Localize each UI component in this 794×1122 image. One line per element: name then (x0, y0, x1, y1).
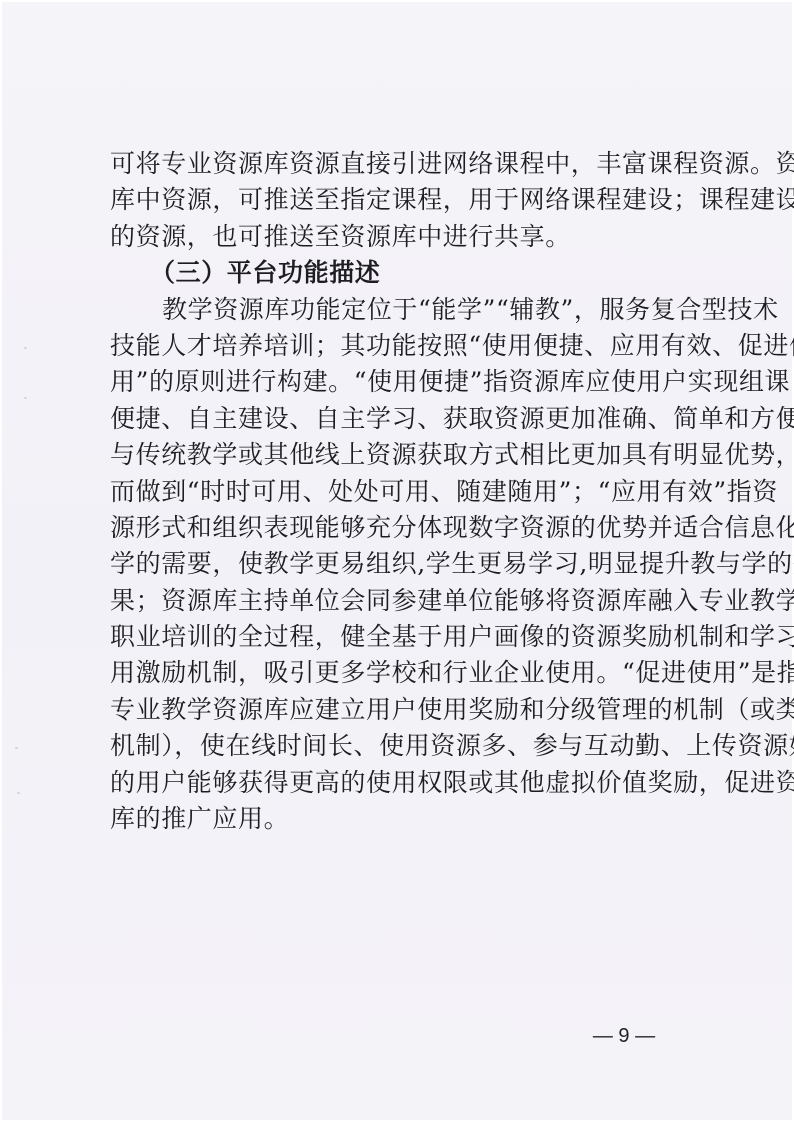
paragraph-line: 学的需要，使教学更易组织,学生更易学习,明显提升教与学的效 (110, 546, 700, 582)
paragraph-line: 库的推广应用。 (110, 801, 700, 837)
paragraph-line: 职业培训的全过程，健全基于用户画像的资源奖励机制和学习使 (110, 619, 700, 655)
scan-dust-mark (24, 347, 27, 349)
paragraph-line: 用”的原则进行构建。“使用便捷”指资源库应使用户实现组课 (110, 364, 700, 400)
paragraph-line: 果；资源库主持单位会同参建单位能够将资源库融入专业教学和 (110, 583, 700, 619)
paragraph-line: 的用户能够获得更高的使用权限或其他虚拟价值奖励，促进资源 (110, 765, 700, 801)
paragraph-line: 可将专业资源库资源直接引进网络课程中，丰富课程资源。资源 (110, 146, 700, 182)
paragraph-line: 的资源，也可推送至资源库中进行共享。 (110, 219, 700, 255)
paragraph-line: 库中资源，可推送至指定课程，用于网络课程建设；课程建设中 (110, 182, 700, 218)
paragraph-line: 教学资源库功能定位于“能学”“辅教”，服务复合型技术 (110, 292, 700, 328)
body-text: 可将专业资源库资源直接引进网络课程中，丰富课程资源。资源 库中资源，可推送至指定… (110, 146, 700, 837)
scan-dust-mark (15, 747, 18, 749)
paragraph-line: 源形式和组织表现能够充分体现数字资源的优势并适合信息化教 (110, 510, 700, 546)
paragraph-line: 用激励机制，吸引更多学校和行业企业使用。“促进使用”是指 (110, 655, 700, 691)
paragraph-line: 便捷、自主建设、自主学习、获取资源更加准确、简单和方便， (110, 401, 700, 437)
page-number: — 9 — (584, 1025, 664, 1048)
paragraph-line: 与传统教学或其他线上资源获取方式相比更加具有明显优势，从 (110, 437, 700, 473)
scan-dust-mark (17, 792, 20, 794)
paragraph-line: 专业教学资源库应建立用户使用奖励和分级管理的机制（或类似 (110, 692, 700, 728)
document-page: 可将专业资源库资源直接引进网络课程中，丰富课程资源。资源 库中资源，可推送至指定… (0, 0, 794, 1122)
scan-dust-mark (24, 397, 27, 399)
section-heading: （三）平台功能描述 (110, 255, 700, 291)
paragraph-line: 而做到“时时可用、处处可用、随建随用”；“应用有效”指资 (110, 474, 700, 510)
paragraph-line: 机制），使在线时间长、使用资源多、参与互动勤、上传资源好 (110, 728, 700, 764)
paragraph-line: 技能人才培养培训；其功能按照“使用便捷、应用有效、促进使 (110, 328, 700, 364)
